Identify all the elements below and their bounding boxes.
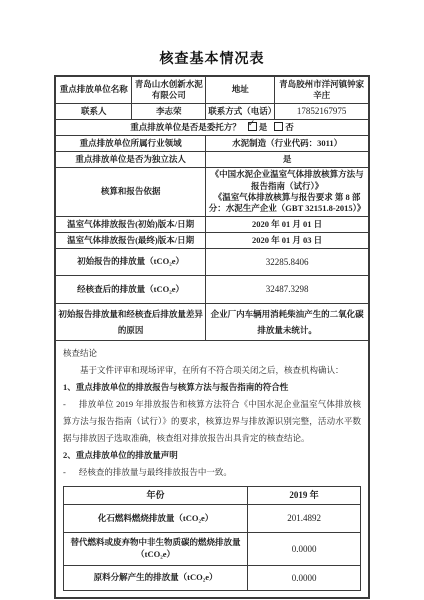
table-row: 温室气体排放报告(最终)版本/日期 2020 年 01 月 03 日 [55,233,369,249]
checked-checkbox-icon: ✓ [248,122,257,131]
unchecked-checkbox-icon [274,122,283,131]
conclusion-item1-text: 排放单位 2019 年排放报告和核算方法符合《中国水泥企业温室气体排放核算方法与… [63,399,361,443]
bullet-dash: - [63,396,66,413]
verification-conclusion-cell: 核查结论 基于文件评审和现场评审，在所有不符合项关闭之后，核查机构确认： 1、重… [55,341,369,599]
table-row: 核算和报告依据 《中国水泥企业温室气体排放核算方法与报告指南（试行）》 《温室气… [55,168,369,217]
initial-report-label: 温室气体排放报告(初始)版本/日期 [55,217,206,233]
verified-emission-label: 经核查后的排放量（tCO₂e） [55,276,206,304]
table-row: 初始报告排放量和经核查后排放量差异的原因 企业厂内车辆用消耗柴油产生的二氧化碳排… [55,304,369,341]
client-no-label: 否 [285,122,294,132]
table-row: 温室气体排放报告(初始)版本/日期 2020 年 01 月 01 日 [55,217,369,233]
emission-statement-table: 年份 2019 年 化石燃料燃烧排放量（tCO₂e） 201.4892 替代燃料… [63,486,361,591]
table-row: 初始报告的排放量（tCO₂e） 32285.8406 [55,249,369,276]
unit-name-label: 重点排放单位名称 [55,76,132,104]
table-row: 年份 2019 年 [64,487,361,505]
fossil-fuel-emission-label: 化石燃料燃烧排放量（tCO₂e） [64,505,248,533]
conclusion-item1-bullet: -排放单位 2019 年排放报告和核算方法符合《中国水泥企业温室气体排放核算方法… [63,396,361,447]
table-row: 核查结论 基于文件评审和现场评审，在所有不符合项关闭之后，核查机构确认： 1、重… [55,341,369,599]
table-row: 经核查后的排放量（tCO₂e） 32487.3298 [55,276,369,304]
fossil-fuel-emission-value: 201.4892 [248,505,361,533]
check-mark-icon: ✓ [248,121,256,128]
bullet-dash: - [63,464,66,481]
unit-name-value: 青岛山水创新水泥有限公司 [132,76,206,104]
contact-method-label: 联系方式（电话） [206,104,275,120]
conclusion-heading: 核查结论 [63,345,361,362]
contact-label: 联系人 [55,104,132,120]
page-title: 核查基本情况表 [0,0,424,68]
verified-emission-value: 32487.3298 [206,276,369,304]
alternative-fuel-emission-value: 0.0000 [248,533,361,566]
basic-info-table: 重点排放单位名称 青岛山水创新水泥有限公司 地址 青岛胶州市洋河镇钟家辛庄 联系… [54,75,370,599]
difference-reason-value: 企业厂内车辆用消耗柴油产生的二氧化碳排放量未统计。 [206,304,369,341]
raw-material-emission-label: 原料分解产生的排放量（tCO₂e） [64,566,248,591]
initial-emission-value: 32285.8406 [206,249,369,276]
contact-value: 李志荣 [132,104,206,120]
year-header: 年份 [64,487,248,505]
client-question-label: 重点排放单位是否是委托方？ [130,122,241,132]
client-question-cell: 重点排放单位是否是委托方？✓是否 [55,120,369,136]
industry-value: 水泥制造（行业代码：3011） [206,136,369,152]
address-label: 地址 [206,76,275,104]
final-report-label: 温室气体排放报告(最终)版本/日期 [55,233,206,249]
basis-doc-2: 《温室气体排放核算与报告要求 第 8 部分：水泥生产企业（GBT 32151.8… [208,192,366,215]
table-row: 联系人 李志荣 联系方式（电话） 17852167975 [55,104,369,120]
document-page: 核查基本情况表 重点排放单位名称 青岛山水创新水泥有限公司 地址 青岛胶州市洋河… [0,0,424,600]
conclusion-item1-title: 1、重点排放单位的排放报告与核算方法与报告指南的符合性 [63,379,361,396]
conclusion-item2-text: 经核查的排放量与最终排放报告中一致。 [79,467,232,477]
legal-person-value: 是 [206,152,369,168]
table-row: 原料分解产生的排放量（tCO₂e） 0.0000 [64,566,361,591]
final-report-date: 2020 年 01 月 03 日 [206,233,369,249]
client-yes-label: 是 [259,122,268,132]
contact-phone-value: 17852167975 [275,104,369,120]
year-value-header: 2019 年 [248,487,361,505]
industry-label: 重点排放单位所属行业领域 [55,136,206,152]
table-row: 重点排放单位所属行业领域 水泥制造（行业代码：3011） [55,136,369,152]
basis-value: 《中国水泥企业温室气体排放核算方法与报告指南（试行）》 《温室气体排放核算与报告… [206,168,369,217]
difference-reason-label: 初始报告排放量和经核查后排放量差异的原因 [55,304,206,341]
initial-report-date: 2020 年 01 月 01 日 [206,217,369,233]
address-value: 青岛胶州市洋河镇钟家辛庄 [275,76,369,104]
initial-emission-label: 初始报告的排放量（tCO₂e） [55,249,206,276]
table-row: 化石燃料燃烧排放量（tCO₂e） 201.4892 [64,505,361,533]
table-row: 重点排放单位是否是委托方？✓是否 [55,120,369,136]
conclusion-item2-title: 2、重点排放单位的排放量声明 [63,447,361,464]
alternative-fuel-emission-label: 替代燃料或废弃物中非生物质碳的燃烧排放量（tCO₂e） [64,533,248,566]
table-row: 重点排放单位是否为独立法人 是 [55,152,369,168]
basis-label: 核算和报告依据 [55,168,206,217]
basis-doc-1: 《中国水泥企业温室气体排放核算方法与报告指南（试行）》 [208,169,366,192]
table-row: 重点排放单位名称 青岛山水创新水泥有限公司 地址 青岛胶州市洋河镇钟家辛庄 [55,76,369,104]
legal-person-label: 重点排放单位是否为独立法人 [55,152,206,168]
conclusion-item2-bullet: -经核查的排放量与最终排放报告中一致。 [63,464,361,481]
conclusion-intro: 基于文件评审和现场评审，在所有不符合项关闭之后，核查机构确认： [63,362,361,379]
raw-material-emission-value: 0.0000 [248,566,361,591]
table-row: 替代燃料或废弃物中非生物质碳的燃烧排放量（tCO₂e） 0.0000 [64,533,361,566]
